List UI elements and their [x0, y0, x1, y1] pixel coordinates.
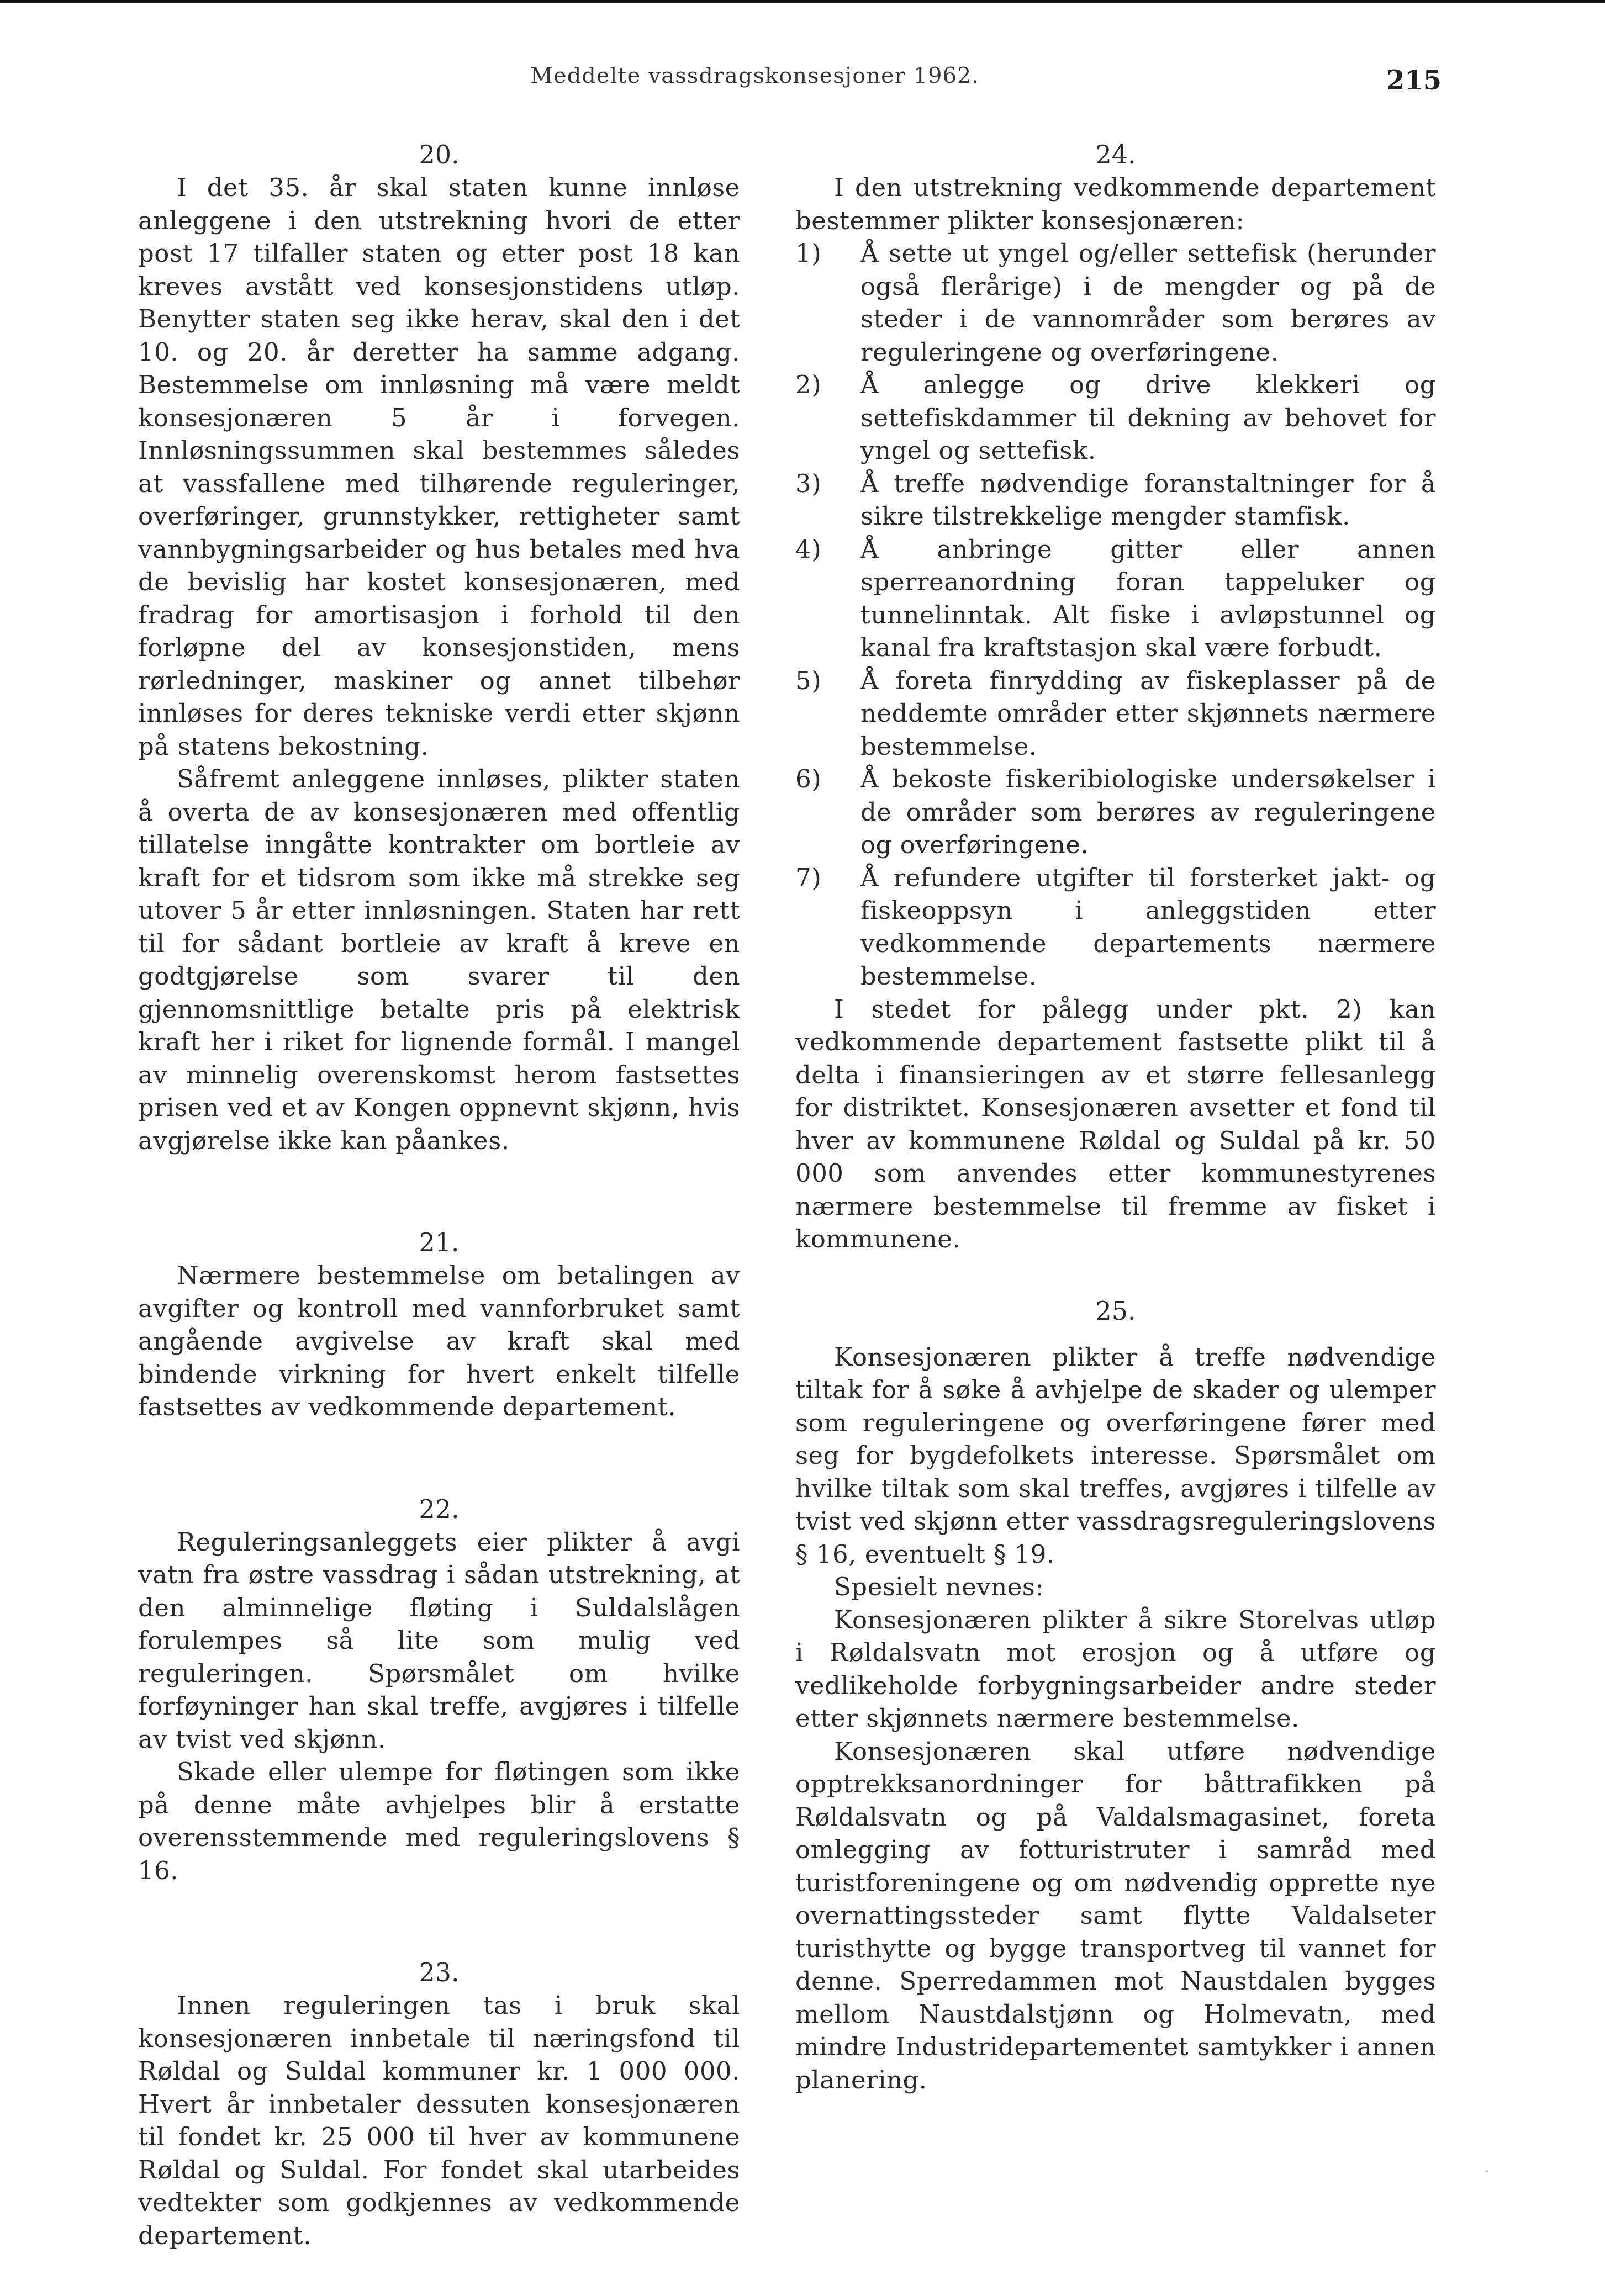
list-item: 3)Å treffe nødvendige foranstaltninger f…: [795, 467, 1436, 533]
section-number: 23.: [138, 1956, 740, 1989]
list-text: Å bekoste fiskeribiologiske undersøkelse…: [860, 764, 1436, 859]
list-text: Å sette ut yngel og/eller settefisk (her…: [860, 239, 1436, 367]
section-number: 25.: [795, 1294, 1436, 1327]
section-20: 20. I det 35. år skal staten kunne innlø…: [138, 138, 740, 1157]
list-item: 6)Å bekoste fiskeribiologiske undersøkel…: [795, 763, 1436, 861]
page-number: 215: [1386, 65, 1442, 96]
paragraph: Reguleringsanleggets eier plikter å avgi…: [138, 1526, 740, 1756]
list-number: 1): [795, 237, 821, 270]
section-23: 23. Innen reguleringen tas i bruk skal k…: [138, 1956, 740, 2252]
section-24: 24. I den utstrekning vedkommende depart…: [795, 138, 1436, 1256]
paragraph: Skade eller ulempe for fløtingen som ikk…: [138, 1755, 740, 1887]
paragraph: Såfremt anleggene innløses, plikter stat…: [138, 763, 740, 1157]
list-number: 7): [795, 861, 821, 895]
left-column: 20. I det 35. år skal staten kunne innlø…: [138, 138, 740, 2252]
list-number: 6): [795, 763, 821, 796]
scan-speck: [1486, 2170, 1488, 2172]
section-number: 20.: [138, 138, 740, 171]
page-header: Meddelte vassdragskonsesjoner 1962. 215: [0, 55, 1605, 99]
list-text: Å refundere utgifter til forsterket jakt…: [860, 863, 1436, 991]
section-number: 24.: [795, 138, 1436, 171]
section-21: 21. Nærmere bestemmelse om betalingen av…: [138, 1226, 740, 1424]
list-item: 1)Å sette ut yngel og/eller settefisk (h…: [795, 237, 1436, 368]
list-number: 3): [795, 467, 821, 500]
list-text: Å anbringe gitter eller annen sperreanor…: [860, 535, 1436, 663]
paragraph: Spesielt nevnes:: [795, 1570, 1436, 1604]
paragraph-intro: I den utstrekning vedkommende departemen…: [795, 171, 1436, 237]
list-item: 2)Å anlegge og drive klekkeri og settefi…: [795, 368, 1436, 467]
list-item: 5)Å foreta finrydding av fiskeplasser på…: [795, 664, 1436, 763]
list-text: Å anlegge og drive klekkeri og settefisk…: [860, 370, 1436, 465]
list-item: 7)Å refundere utgifter til forsterket ja…: [795, 861, 1436, 993]
paragraph: Nærmere bestemmelse om betalingen av avg…: [138, 1259, 740, 1424]
list-item: 4)Å anbringe gitter eller annen sperrean…: [795, 533, 1436, 664]
section-22: 22. Reguleringsanleggets eier plikter å …: [138, 1493, 740, 1887]
right-column: 24. I den utstrekning vedkommende depart…: [795, 138, 1436, 2096]
list-number: 2): [795, 368, 821, 401]
paragraph: Innen reguleringen tas i bruk skal konse…: [138, 1989, 740, 2252]
paragraph-closing: I stedet for pålegg under pkt. 2) kan ve…: [795, 993, 1436, 1256]
paragraph: Konsesjonæren skal utføre nødvendige opp…: [795, 1735, 1436, 2097]
list-text: Å foreta finrydding av fiskeplasser på d…: [860, 666, 1436, 761]
list-number: 4): [795, 533, 821, 566]
section-number: 21.: [138, 1226, 740, 1259]
scan-edge: [0, 0, 1605, 3]
running-title: Meddelte vassdragskonsesjoner 1962.: [530, 63, 979, 88]
paragraph: I det 35. år skal staten kunne innløse a…: [138, 171, 740, 763]
section-number: 22.: [138, 1493, 740, 1526]
list-text: Å treffe nødvendige foranstaltninger for…: [860, 469, 1436, 531]
section-25: 25. Konsesjonæren plikter å treffe nødve…: [795, 1294, 1436, 2097]
paragraph: Konsesjonæren plikter å sikre Storelvas …: [795, 1604, 1436, 1735]
paragraph: Konsesjonæren plikter å treffe nødvendig…: [795, 1341, 1436, 1571]
list-number: 5): [795, 664, 821, 697]
